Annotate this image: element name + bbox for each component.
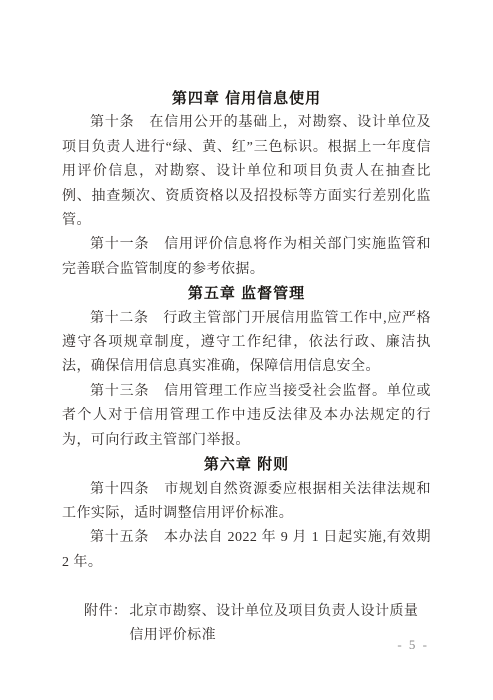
- article-11-paragraph: 第十一条 信用评价信息将作为相关部门实施监管和完善联合监管制度的参考依据。: [62, 233, 431, 282]
- attachment-title: 北京市勘察、设计单位及项目负责人设计质量信用评价标准: [129, 600, 431, 649]
- chapter-heading-supplementary: 第六章 附则: [62, 453, 431, 477]
- article-13-paragraph: 第十三条 信用管理工作应当接受社会监督。单位或者个人对于信用管理工作中违反法律及…: [62, 380, 431, 453]
- article-10-paragraph: 第十条 在信用公开的基础上，对勘察、设计单位及项目负责人进行“绿、黄、红”三色标…: [62, 111, 431, 233]
- document-content: 第四章 信用信息使用 第十条 在信用公开的基础上，对勘察、设计单位及项目负责人进…: [62, 87, 431, 648]
- chapter-heading-credit-info-use: 第四章 信用信息使用: [62, 87, 431, 111]
- article-14-paragraph: 第十四条 市规划自然资源委应根据相关法律法规和工作实际，适时调整信用评价标准。: [62, 478, 431, 527]
- chapter-heading-supervision: 第五章 监督管理: [62, 282, 431, 306]
- attachment-note: 附件： 北京市勘察、设计单位及项目负责人设计质量信用评价标准: [62, 600, 431, 649]
- attachment-label: 附件：: [84, 600, 127, 649]
- article-15-paragraph: 第十五条 本办法自 2022 年 9 月 1 日起实施,有效期 2 年。: [62, 526, 431, 575]
- article-12-paragraph: 第十二条 行政主管部门开展信用监管工作中,应严格遵守各项规章制度，遵守工作纪律，…: [62, 307, 431, 380]
- document-page: 第四章 信用信息使用 第十条 在信用公开的基础上，对勘察、设计单位及项目负责人进…: [0, 0, 493, 700]
- page-number: - 5 -: [397, 637, 429, 653]
